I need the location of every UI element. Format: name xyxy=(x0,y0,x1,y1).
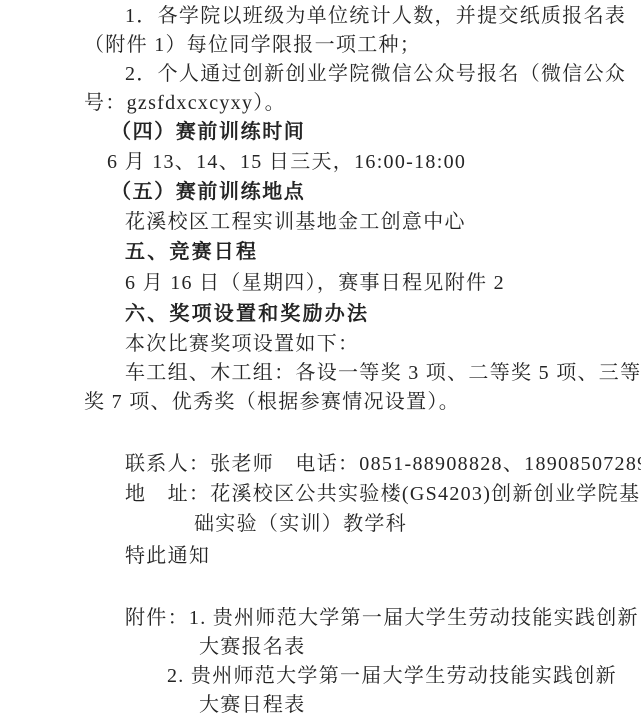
notice-closing-line: 特此通知 xyxy=(125,544,210,568)
awards-detail-line2: 奖 7 项、优秀奖（根据参赛情况设置）。 xyxy=(84,390,460,414)
schedule-line: 6 月 16 日（星期四），赛事日程见附件 2 xyxy=(125,271,505,295)
attachment-1-line1: 附件：1. 贵州师范大学第一届大学生劳动技能实践创新 xyxy=(125,606,639,630)
list-item-1-line2: （附件 1）每位同学限报一项工种； xyxy=(84,33,421,57)
subsection-heading-5: （五）赛前训练地点 xyxy=(111,180,305,204)
list-item-2-line2: 号：gzsfdxcxcyxy）。 xyxy=(84,91,286,115)
section-heading-6: 六、奖项设置和奖励办法 xyxy=(125,302,369,326)
list-item-1-line1: 1．各学院以班级为单位统计人数，并提交纸质报名表 xyxy=(125,4,626,28)
document-page: 1．各学院以班级为单位统计人数，并提交纸质报名表 （附件 1）每位同学限报一项工… xyxy=(0,0,641,714)
training-location-line: 花溪校区工程实训基地金工创意中心 xyxy=(125,210,466,234)
attachment-2-line2: 大赛日程表 xyxy=(199,693,306,714)
awards-detail-line1: 车工组、木工组：各设一等奖 3 项、二等奖 5 项、三等 xyxy=(125,361,641,385)
attachment-1-line2: 大赛报名表 xyxy=(199,635,306,659)
training-time-line: 6 月 13、14、15 日三天，16:00-18:00 xyxy=(107,150,466,174)
address-line1: 地 址：花溪校区公共实验楼(GS4203)创新创业学院基 xyxy=(125,482,640,506)
subsection-heading-4: （四）赛前训练时间 xyxy=(111,120,305,144)
contact-line: 联系人：张老师 电话：0851-88908828、18908507289 xyxy=(125,452,641,476)
list-item-2-line1: 2．个人通过创新创业学院微信公众号报名（微信公众 xyxy=(125,62,626,86)
awards-intro-line: 本次比赛奖项设置如下： xyxy=(125,332,359,356)
section-heading-5: 五、竞赛日程 xyxy=(125,240,258,264)
address-line2: 础实验（实训）教学科 xyxy=(194,512,407,536)
attachment-2-line1: 2. 贵州师范大学第一届大学生劳动技能实践创新 xyxy=(167,664,617,688)
